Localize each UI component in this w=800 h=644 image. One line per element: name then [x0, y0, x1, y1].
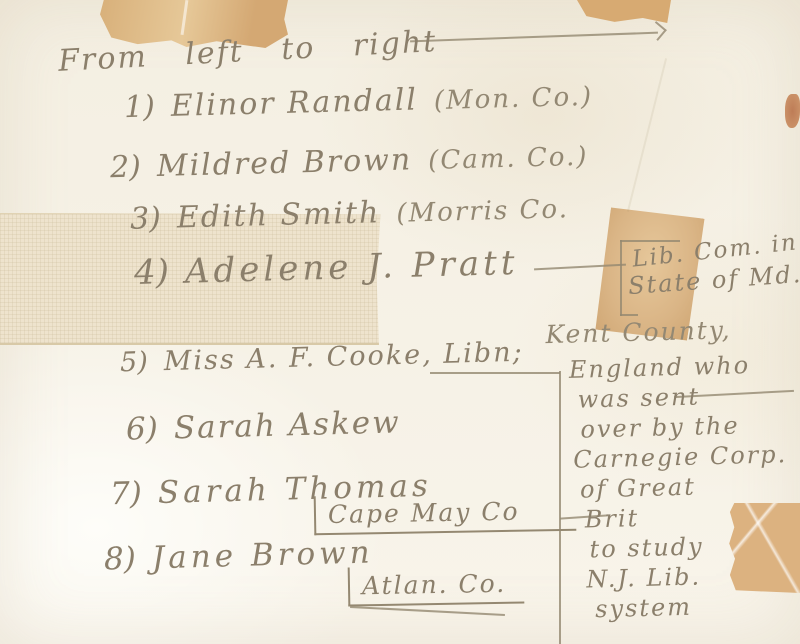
pratt-bracket-vertical	[620, 240, 622, 316]
photo-back-note: From left to right 1) Elinor Randall (Mo…	[0, 0, 800, 644]
item-number: 3)	[130, 201, 162, 237]
item-name: Mildred Brown	[156, 142, 412, 184]
item-number: 6)	[126, 411, 159, 448]
item-number: 1)	[124, 89, 156, 125]
item-number: 4)	[134, 252, 170, 293]
list-item: 3) Edith Smith (Morris Co.	[130, 190, 570, 236]
pencil-divider-top	[430, 372, 560, 374]
paper-crease	[627, 58, 667, 212]
item-note: (Mon. Co.)	[434, 82, 594, 116]
item-number: 2)	[110, 149, 142, 185]
side-note-line: Carnegie Corp.	[573, 439, 788, 475]
item-note: (Morris Co.	[396, 194, 569, 229]
item-note: Kent County,	[545, 315, 732, 349]
item-name: Sarah Askew	[173, 404, 401, 446]
item-number: 8)	[104, 541, 137, 578]
list-item: 2) Mildred Brown (Cam. Co.)	[110, 138, 589, 186]
arrow-line	[410, 32, 658, 43]
item-name: Edith Smith	[176, 195, 380, 235]
item-name: Adelene J. Pratt	[184, 243, 519, 292]
pencil-line-atlantic-swoosh	[350, 606, 505, 616]
item-number: 5)	[120, 347, 149, 379]
tape-top-right	[577, 0, 671, 23]
list-item: 8) Jane Brown	[104, 534, 375, 577]
stain-right-edge	[785, 94, 800, 128]
bracket-note-cape-may: Cape May Co	[314, 492, 577, 536]
arrow-head-icon	[647, 21, 667, 41]
list-item: 1) Elinor Randall (Mon. Co.)	[124, 78, 594, 125]
tape-tear	[180, 0, 188, 35]
item-number: 7)	[110, 475, 143, 512]
pratt-bracket-foot	[620, 314, 638, 316]
side-note: England who was sent over by the Carnegi…	[569, 349, 792, 625]
side-note-line: system	[595, 589, 792, 624]
list-item: 6) Sarah Askew	[126, 404, 401, 447]
bracket-note-atlantic: Atlan. Co.	[348, 564, 525, 606]
item-name: Jane Brown	[151, 534, 374, 576]
item-name: Elinor Randall	[170, 82, 418, 123]
item-note: (Cam. Co.)	[428, 142, 589, 176]
